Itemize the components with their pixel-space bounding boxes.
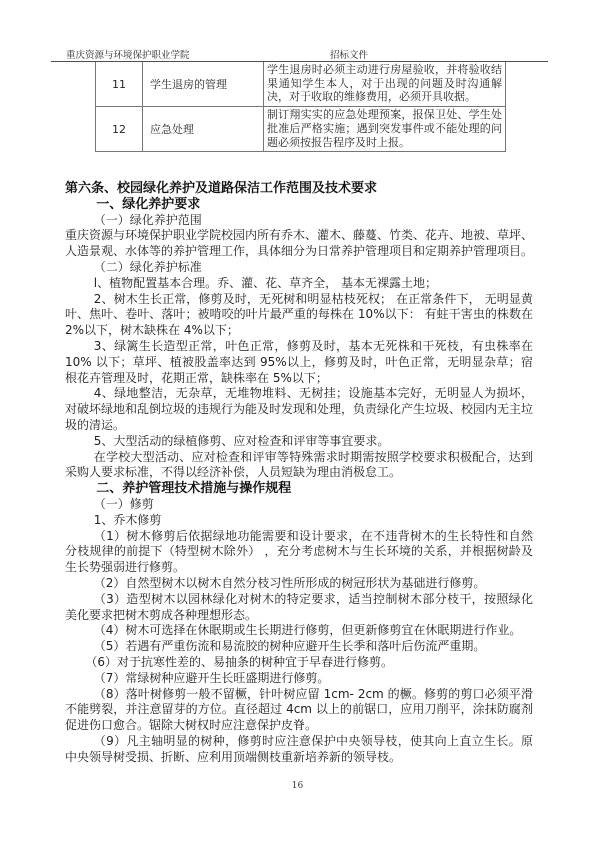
document-body: 第六条、校园绿化养护及道路保洁工作范围及技术要求 一、绿化养护要求 （一）绿化养…: [65, 181, 533, 765]
item-name-cell: 学生退房的管理: [142, 62, 263, 107]
paragraph: 1、乔木修剪: [65, 513, 533, 529]
paragraph: （一）绿化养护范围: [65, 213, 533, 229]
page-number: 16: [0, 781, 595, 791]
paragraph: l、植物配置基本合理。乔、灌、花、草齐全， 基本无裸露土地；: [65, 276, 533, 292]
paragraph: 2、树木生长正常，修剪及时，无死树和明显枯枝死权； 在正常条件下， 无明显黄叶、…: [65, 292, 533, 339]
paragraph: （9）凡主轴明显的树种，修剪时应注意保护中央领导枝，使其向上直立生长。原中央领导…: [65, 734, 533, 766]
item-desc-cell: 制订翔实实的应急处理预案，报保卫处、学生处批准后严格实施；遇到突发事件或不能处理…: [263, 107, 506, 152]
paragraph: （二）绿化养护标准: [65, 260, 533, 276]
item-name-cell: 应急处理: [142, 107, 263, 152]
row-number-cell: 12: [95, 107, 142, 152]
header-doc-type: 招标文件: [330, 47, 368, 61]
paragraph: （一）修剪: [65, 497, 533, 513]
table-row: 11 学生退房的管理 学生退房时必须主动进行房屋验收，并将验收结果通知学生本人，…: [95, 62, 506, 107]
paragraph: （1）树木修剪后依据绿地功能需要和设计要求，在不违背树木的生长特性和自然分枝规律…: [65, 529, 533, 576]
paragraph: （4）树木可选择在休眠期或生长期进行修剪，但更新修剪宜在休眠期进行作业。: [65, 623, 533, 639]
paragraph: 3、绿篱生长造型正常，叶色正常，修剪及时，基本无死株和干死枝，有虫株率在 10%…: [65, 339, 533, 386]
paragraph: 5、大型活动的绿植修剪、应对检查和评审等事宜要求。: [65, 434, 533, 450]
document-page: 重庆资源与环境保护职业学院 招标文件 11 学生退房的管理 学生退房时必须主动进…: [0, 0, 595, 841]
paragraph: （2）自然型树木以树木自然分枝习性所形成的树冠形状为基础进行修剪。: [65, 576, 533, 592]
paragraph: 二、养护管理技术措施与操作规程: [65, 481, 533, 497]
paragraph: （6）对于抗寒性差的、易抽条的树种宜于早春进行修剪。: [65, 655, 533, 671]
paragraph: 一、绿化养护要求: [65, 197, 533, 213]
paragraph: （7）常绿树种应避开生长旺盛期进行修剪。: [65, 671, 533, 687]
paragraph: （8）落叶树修剪一般不留橛，针叶树应留 1cm- 2cm 的橛。修剪的剪口必须平…: [65, 687, 533, 734]
paragraph: 4、绿地整洁，无杂草，无堆物堆料、无树挂；设施基本完好，无明显人为损坏，对破坏绿…: [65, 386, 533, 433]
paragraph: 在学校大型活动、应对检查和评审等特殊需求时期需按照学校要求积极配合，达到采购人要…: [65, 450, 533, 482]
paragraph: 重庆资源与环境保护职业学院校园内所有乔木、灌木、藤蔓、竹类、花卉、地被、草坪、人…: [65, 228, 533, 260]
paragraph: 第六条、校园绿化养护及道路保洁工作范围及技术要求: [65, 181, 533, 197]
paragraph: （5）若遇有严重伤流和易流胶的树种应避开生长季和落叶后伤流严重期。: [65, 639, 533, 655]
row-number-cell: 11: [95, 62, 142, 107]
paragraph: （3）造型树木以园林绿化对树木的特定要求，适当控制树木部分枝干，按照绿化美化要求…: [65, 592, 533, 624]
header-school-name: 重庆资源与环境保护职业学院: [66, 47, 190, 61]
management-items-table: 11 学生退房的管理 学生退房时必须主动进行房屋验收，并将验收结果通知学生本人，…: [95, 62, 506, 152]
item-desc-cell: 学生退房时必须主动进行房屋验收，并将验收结果通知学生本人，对于出现的问题及时沟通…: [263, 62, 506, 107]
table-row: 12 应急处理 制订翔实实的应急处理预案，报保卫处、学生处批准后严格实施；遇到突…: [95, 107, 506, 152]
